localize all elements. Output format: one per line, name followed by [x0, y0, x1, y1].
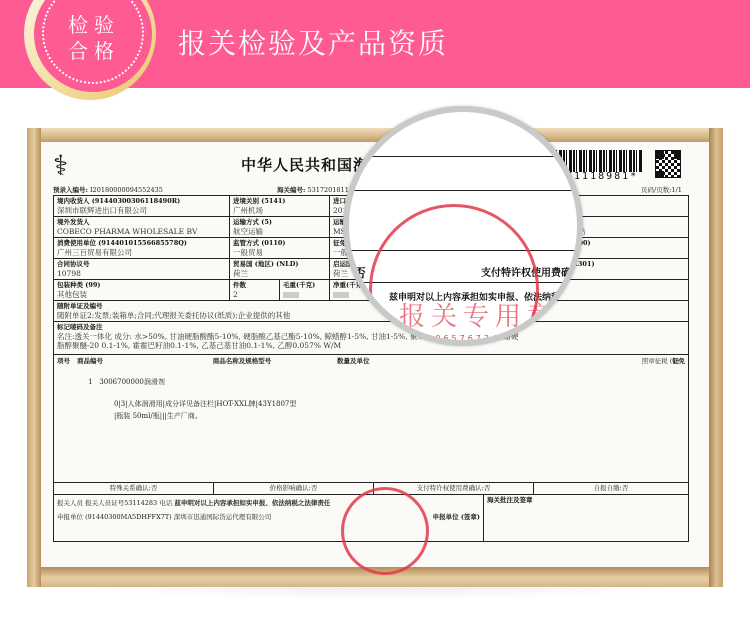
badge-line-1: 检验	[44, 12, 144, 38]
stamp-center-text: 报关专用章	[399, 296, 559, 333]
goods-spec-2: |瓶装 50ml/瓶|||生产厂商。	[54, 410, 688, 422]
pre-entry-number: 预录入编号: I20180000094552435	[53, 185, 163, 194]
magnifier-lens: :否 支付特许权使用费确认:否 兹申明对以上内容承担如实申报、依法纳税之法律责任…	[343, 106, 583, 346]
badge-line-2: 合格	[44, 38, 144, 64]
customs-emblem-icon: ⚕	[53, 148, 93, 184]
redacted-value	[283, 292, 299, 298]
page: 检验 合格 报关检验及产品资质 ⚕ 中华人民共和国海关进口货物报关单 *5317…	[0, 0, 750, 627]
remarks-row: 标记唛码及备注 名注:透关一体化 成分: 水>50%, 甘油硬脂酸酯5-10%,…	[54, 322, 688, 355]
redacted-value	[333, 292, 349, 298]
goods-section: 项号 商品编号 商品名称及规格型号 数量及单位 征免 1 3006700000润…	[54, 355, 688, 483]
qr-code-icon	[655, 150, 681, 178]
goods-spec-1: 0|3|人体润滑用|成分详见备注栏|HOT-XXL牌|43Y1807型	[54, 398, 688, 410]
goods-exemption: 照章征税 (1)	[639, 355, 682, 367]
customs-stamp	[341, 487, 429, 575]
frame-top	[27, 128, 723, 142]
frame-left	[27, 128, 41, 587]
magnifier-fragment: :否	[349, 264, 366, 281]
goods-header: 项号 商品编号 商品名称及规格型号 数量及单位 征免	[54, 355, 688, 366]
section-title: 报关检验及产品资质	[178, 22, 448, 62]
goods-item: 1 3006700000润滑剂	[54, 366, 688, 398]
frame-right	[709, 128, 723, 587]
page-count: 页码/页数:1/1	[641, 185, 682, 194]
inspection-badge: 检验 合格	[44, 12, 144, 64]
